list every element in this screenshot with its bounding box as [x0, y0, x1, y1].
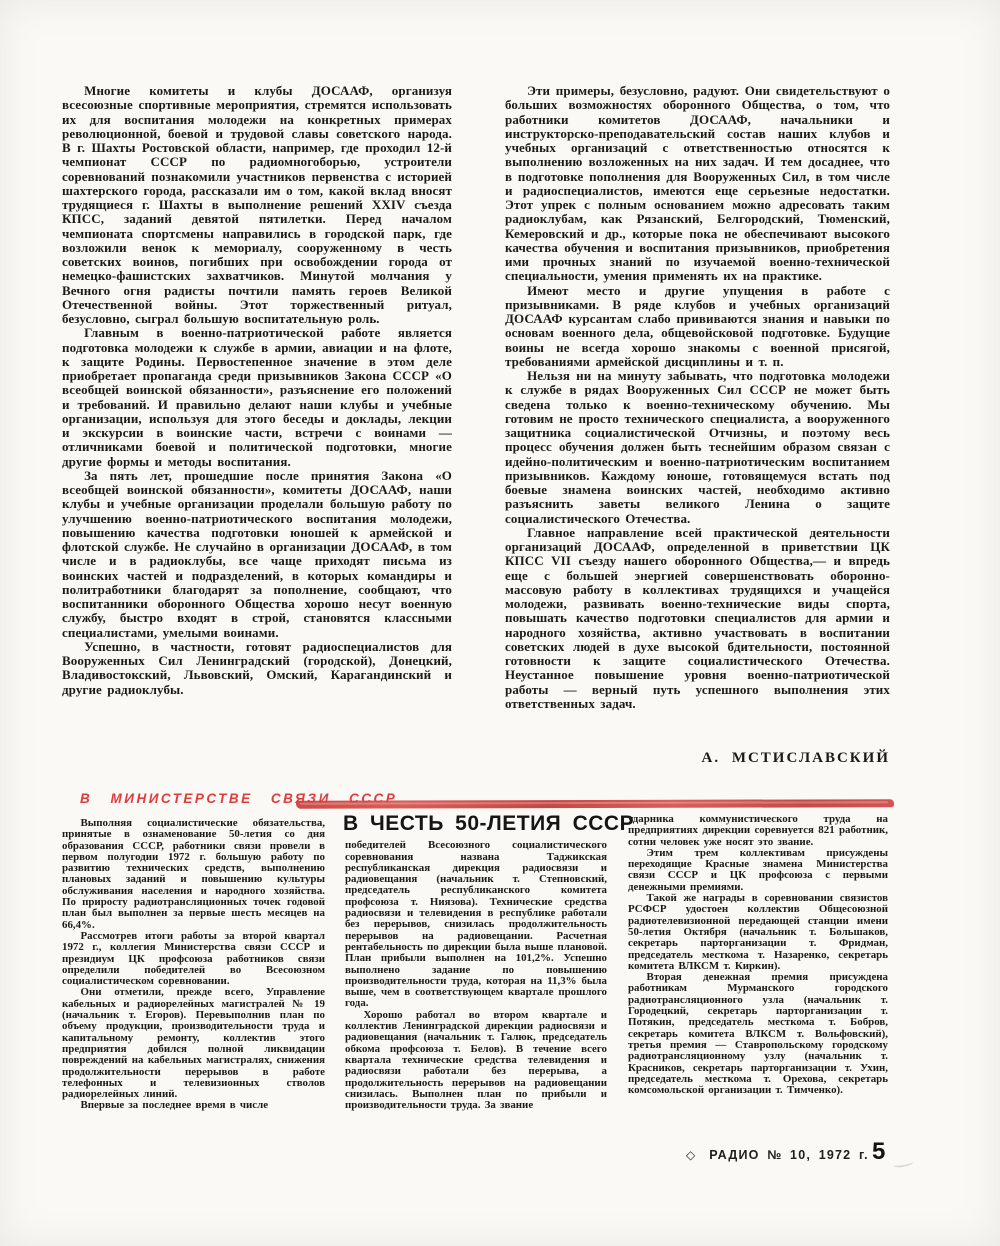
news-paragraph: Они отметили, прежде всего, Управление к…: [62, 987, 325, 1100]
page-footer: ◇ РАДИО № 10, 1972 г.: [686, 1148, 869, 1162]
news-column-2: В ЧЕСТЬ 50-ЛЕТИЯ СССР победителей Всесою…: [345, 818, 607, 1111]
news-paragraph: Вторая денежная премия присуждена работн…: [628, 972, 888, 1096]
news-paragraph: Впервые за последнее время в числе: [62, 1100, 325, 1111]
journal-issue-label: РАДИО № 10, 1972 г.: [709, 1148, 869, 1162]
news-column-1: Выполняя социалистические обязательства,…: [62, 818, 325, 1112]
article-paragraph: Главным в военно-патриотической работе я…: [62, 326, 452, 469]
diamond-icon: ◇: [686, 1148, 695, 1162]
article-paragraph: Успешно, в частности, готовят радиоспеци…: [62, 640, 452, 697]
news-paragraph: Хорошо работал во втором квартале и колл…: [345, 1010, 607, 1112]
article-paragraph: За пять лет, прошедшие после принятия За…: [62, 469, 452, 640]
news-paragraph: ударника коммунистического труда на пред…: [628, 814, 888, 848]
article-paragraph: Главное направление всей практической де…: [505, 526, 890, 711]
news-paragraph: Выполняя социалистические обязательства,…: [62, 818, 325, 931]
article-paragraph: Многие комитеты и клубы ДОСААФ, организу…: [62, 84, 452, 326]
article-paragraph: Эти примеры, безусловно, радуют. Они сви…: [505, 84, 890, 284]
author-signature: А. МСТИСЛАВСКИЙ: [505, 750, 890, 767]
article-paragraph: Нельзя ни на минуту забывать, что подгот…: [505, 369, 890, 526]
news-headline: В ЧЕСТЬ 50-ЛЕТИЯ СССР: [343, 818, 607, 829]
red-brush-stroke: [296, 799, 894, 809]
news-paragraph: победителей Всесоюзного социалистическог…: [345, 840, 607, 1009]
news-paragraph: Этим трем коллективам присуждены переход…: [628, 848, 888, 893]
pencil-mark: [893, 1158, 914, 1168]
page-number: 5: [872, 1138, 885, 1166]
article-right-column: Эти примеры, безусловно, радуют. Они сви…: [505, 84, 890, 711]
news-paragraph: Рассмотрев итоги работы за второй кварта…: [62, 931, 325, 987]
article-paragraph: Имеют место и другие упущения в работе с…: [505, 284, 890, 370]
news-column-3: ударника коммунистического труда на пред…: [628, 814, 888, 1096]
article-left-column: Многие комитеты и клубы ДОСААФ, организу…: [62, 84, 452, 697]
magazine-page: Многие комитеты и клубы ДОСААФ, организу…: [0, 0, 1000, 1246]
news-paragraph: Такой же награды в соревновании связисто…: [628, 893, 888, 972]
